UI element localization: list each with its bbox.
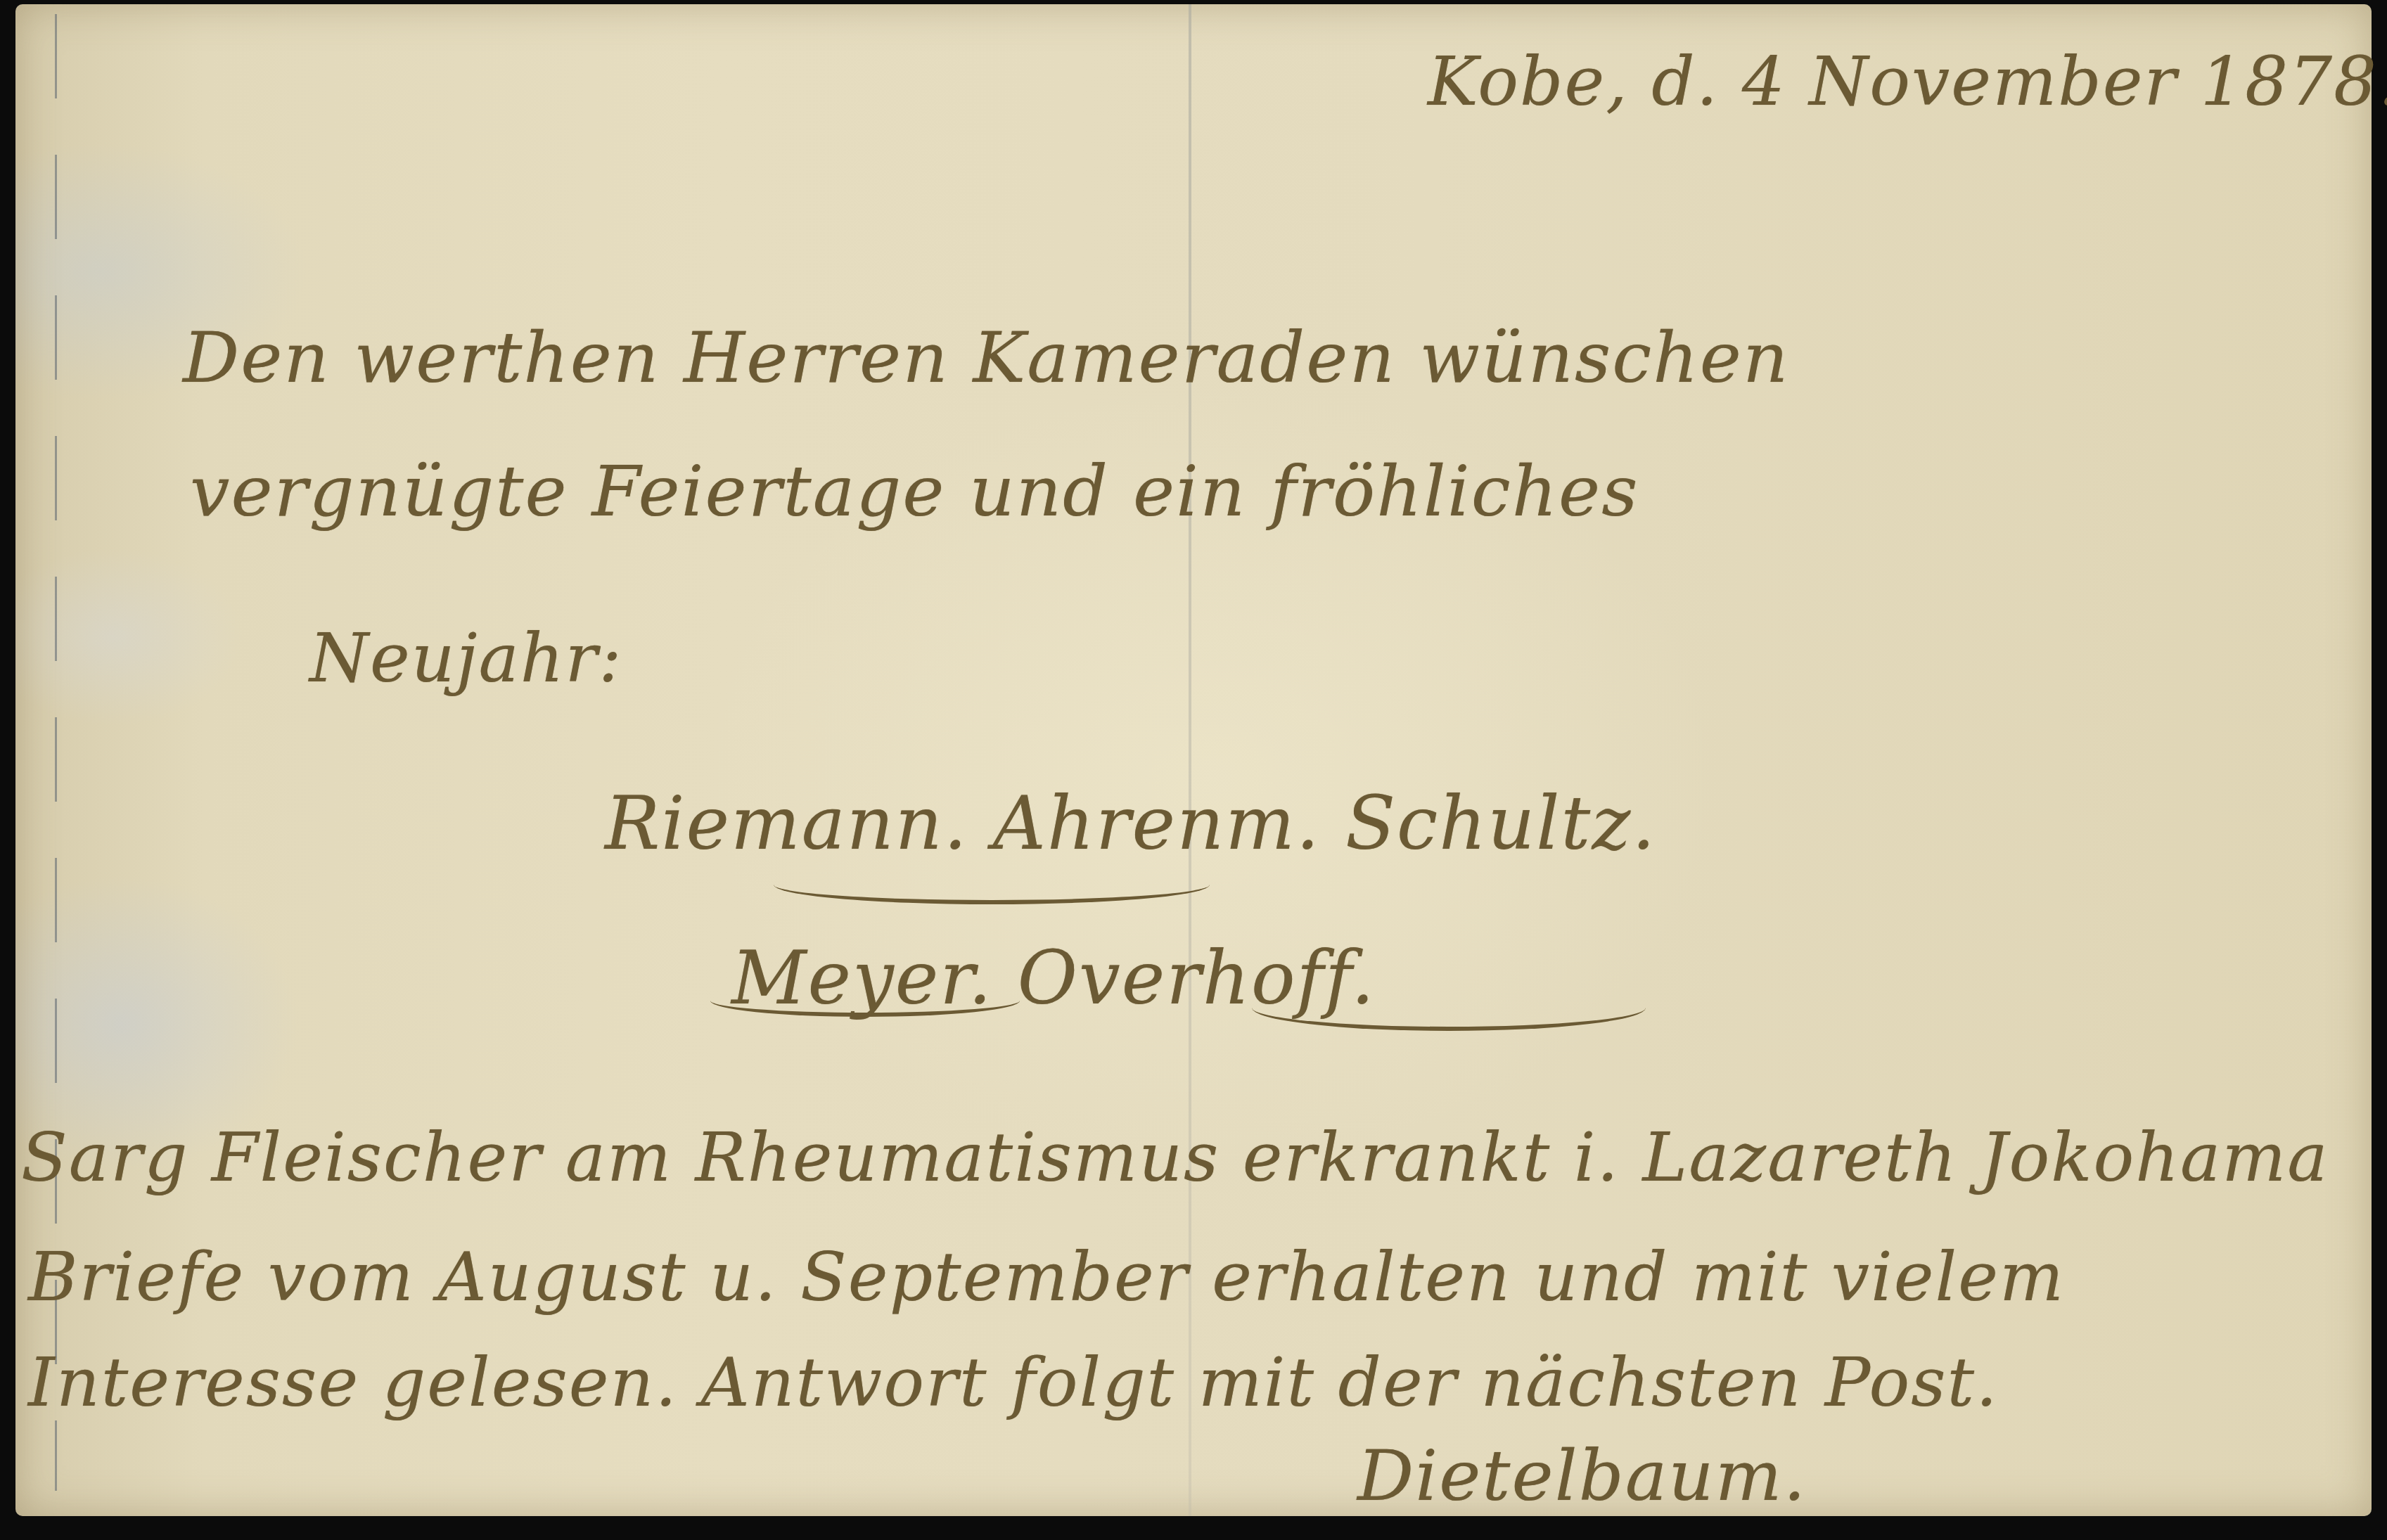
scan-frame: Kobe, d. 4 November 1878. Den werthen He… bbox=[0, 0, 2387, 1540]
body-line-1: Den werthen Herren Kameraden wünschen bbox=[183, 316, 1789, 399]
signatures-row-1: Riemann. Ahrenm. Schultz. bbox=[605, 781, 1656, 866]
signature-flourish bbox=[710, 984, 1020, 1017]
body-line-2: vergnügte Feiertage und ein fröhliches bbox=[190, 450, 1639, 532]
dateline: Kobe, d. 4 November 1878. bbox=[1428, 42, 2387, 121]
signature-flourish bbox=[1252, 984, 1646, 1031]
closing-signature: Dietelbaum. bbox=[1357, 1435, 1807, 1517]
signature-flourish bbox=[774, 865, 1210, 904]
postscript-line-2: Briefe vom August u. September erhalten … bbox=[28, 1238, 2065, 1316]
postscript-line-3: Interesse gelesen. Antwort folgt mit der… bbox=[28, 1343, 1999, 1422]
body-line-3: Neujahr: bbox=[309, 619, 623, 698]
postscript-line-1: Sarg Fleischer am Rheumatismus erkrankt … bbox=[21, 1118, 2329, 1197]
